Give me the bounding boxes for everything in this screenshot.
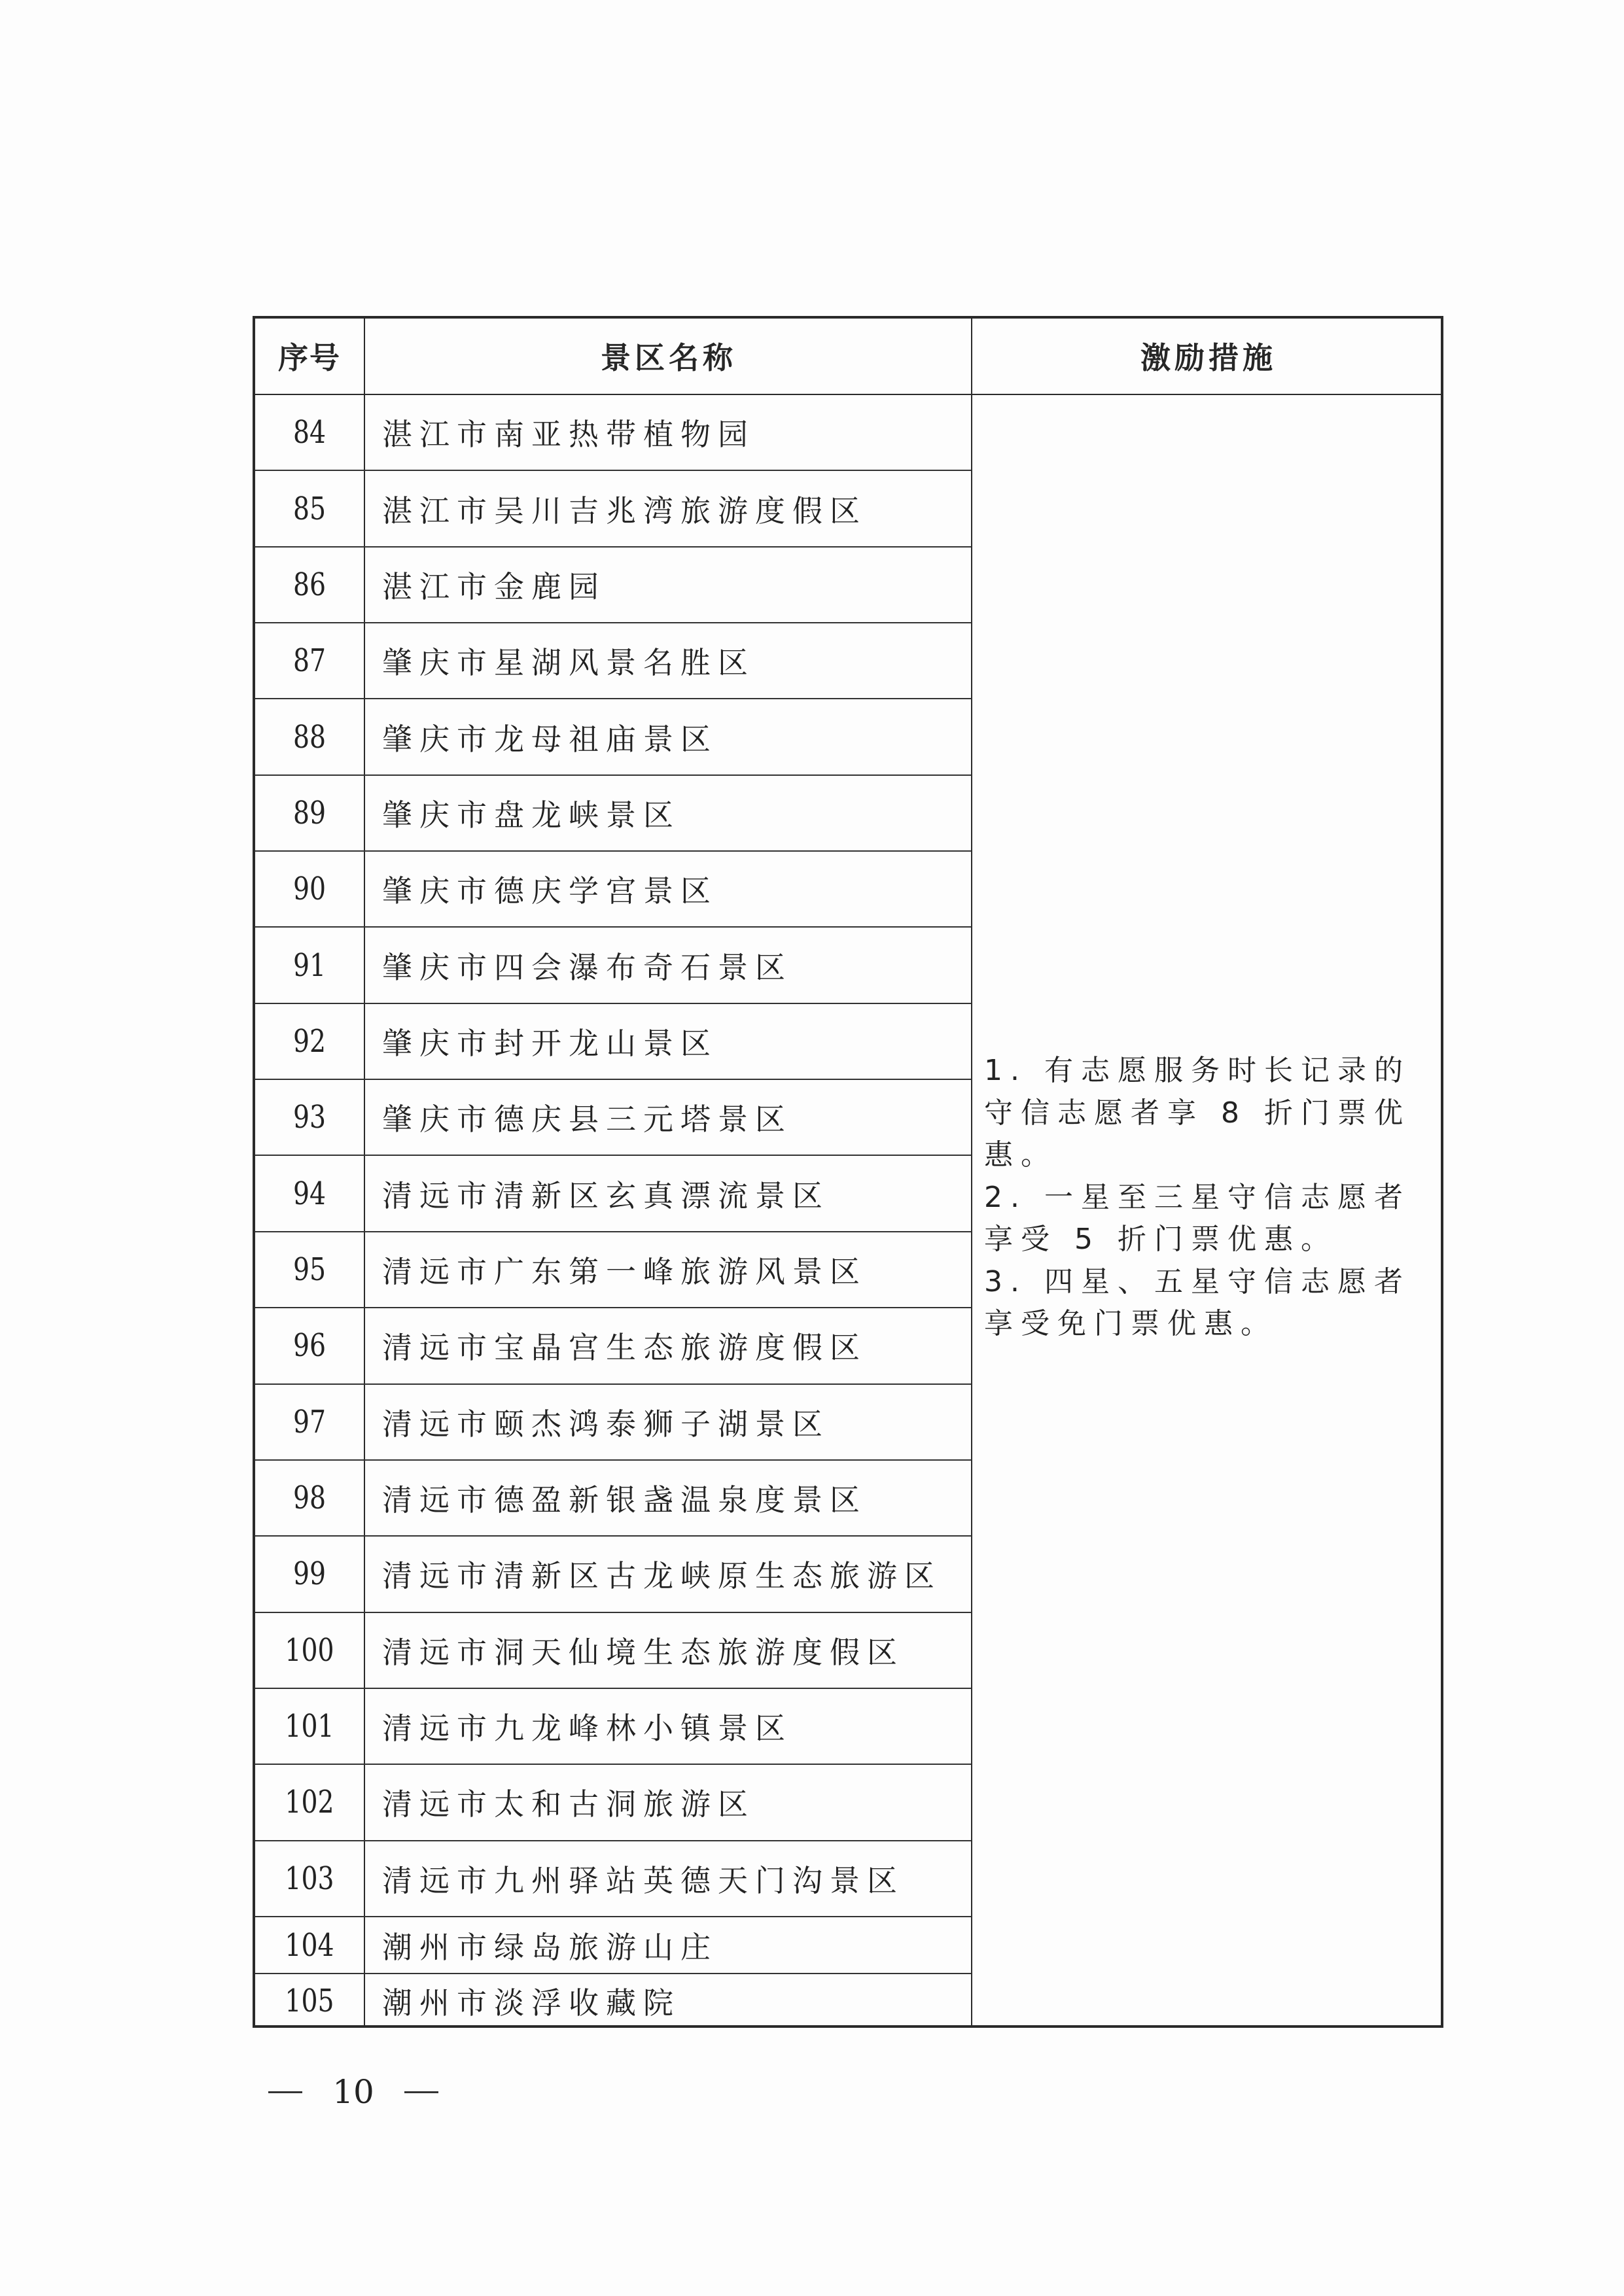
incentive-line: 惠。 (984, 1134, 1436, 1177)
table-row: 86湛江市金鹿园 (255, 548, 971, 623)
header-scenic-area-name: 景区名称 (365, 319, 972, 392)
scenic-area-name: 清远市九州驿站英德天门沟景区 (382, 1841, 971, 1916)
scenic-area-name: 肇庆市德庆学宫景区 (382, 852, 971, 926)
scenic-area-name: 潮州市淡浮收藏院 (382, 1974, 971, 2028)
table-row: 94清远市清新区玄真漂流景区 (255, 1157, 971, 1232)
row-number: 101 (265, 1689, 354, 1764)
scenic-area-name: 清远市九龙峰林小镇景区 (382, 1689, 971, 1764)
scenic-area-name: 清远市清新区玄真漂流景区 (382, 1157, 971, 1231)
incentive-line: 2. 一星至三星守信志愿者 (984, 1177, 1436, 1219)
scenic-area-incentive-table: 序号 景区名称 激励措施 84湛江市南亚热带植物园 85湛江市吴川吉兆湾旅游度假… (253, 316, 1443, 2028)
row-number: 102 (265, 1765, 354, 1839)
table-row: 104潮州市绿岛旅游山庄 (255, 1917, 971, 1974)
scenic-area-name: 清远市颐杰鸿泰狮子湖景区 (382, 1385, 971, 1459)
table-row: 84湛江市南亚热带植物园 (255, 395, 971, 471)
table-row: 90肇庆市德庆学宫景区 (255, 852, 971, 928)
row-number: 100 (265, 1613, 354, 1688)
row-number: 96 (265, 1308, 354, 1383)
column-divider (971, 319, 972, 2025)
row-number: 84 (265, 395, 354, 470)
table-row: 99清远市清新区古龙峡原生态旅游区 (255, 1537, 971, 1612)
scenic-area-name: 肇庆市封开龙山景区 (382, 1004, 971, 1079)
row-number: 95 (265, 1232, 354, 1307)
table-row: 102清远市太和古洞旅游区 (255, 1765, 971, 1841)
incentive-line: 守信志愿者享 8 折门票优 (984, 1092, 1436, 1135)
table-row: 96清远市宝晶宫生态旅游度假区 (255, 1308, 971, 1384)
table-row: 91肇庆市四会瀑布奇石景区 (255, 928, 971, 1003)
row-number: 87 (265, 623, 354, 698)
table-row: 93肇庆市德庆县三元塔景区 (255, 1080, 971, 1156)
table-row: 87肇庆市星湖风景名胜区 (255, 623, 971, 699)
row-number: 94 (265, 1157, 354, 1231)
incentive-measures-text: 1. 有志愿服务时长记录的 守信志愿者享 8 折门票优 惠。 2. 一星至三星守… (984, 1050, 1436, 1346)
row-number: 105 (265, 1974, 354, 2028)
scenic-area-name: 湛江市南亚热带植物园 (382, 395, 971, 470)
scenic-area-name: 清远市洞天仙境生态旅游度假区 (382, 1613, 971, 1688)
row-number: 103 (265, 1841, 354, 1916)
page-number: 10 (268, 2072, 438, 2112)
incentive-line: 享受免门票优惠。 (984, 1303, 1436, 1346)
scenic-area-name: 清远市太和古洞旅游区 (382, 1765, 971, 1839)
table-row: 101清远市九龙峰林小镇景区 (255, 1689, 971, 1765)
table-row: 97清远市颐杰鸿泰狮子湖景区 (255, 1385, 971, 1461)
scenic-area-name: 肇庆市龙母祖庙景区 (382, 699, 971, 774)
table-header-row: 序号 景区名称 激励措施 (255, 319, 1441, 395)
row-number: 85 (265, 471, 354, 546)
document-page: 序号 景区名称 激励措施 84湛江市南亚热带植物园 85湛江市吴川吉兆湾旅游度假… (0, 0, 1624, 2296)
table-row: 103清远市九州驿站英德天门沟景区 (255, 1841, 971, 1917)
row-number: 98 (265, 1461, 354, 1535)
incentive-line: 享受 5 折门票优惠。 (984, 1219, 1436, 1261)
row-number: 86 (265, 548, 354, 622)
incentive-line: 1. 有志愿服务时长记录的 (984, 1050, 1436, 1092)
table-row: 89肇庆市盘龙峡景区 (255, 776, 971, 852)
scenic-area-name: 湛江市吴川吉兆湾旅游度假区 (382, 471, 971, 546)
table-row: 95清远市广东第一峰旅游风景区 (255, 1232, 971, 1308)
scenic-area-name: 肇庆市盘龙峡景区 (382, 776, 971, 850)
table-row: 105潮州市淡浮收藏院 (255, 1974, 971, 2028)
table-row: 100清远市洞天仙境生态旅游度假区 (255, 1613, 971, 1689)
table-row: 88肇庆市龙母祖庙景区 (255, 699, 971, 775)
page-number-value: 10 (332, 2073, 374, 2111)
scenic-area-name: 湛江市金鹿园 (382, 548, 971, 622)
header-serial-number: 序号 (255, 319, 364, 392)
table-row: 98清远市德盈新银盏温泉度景区 (255, 1461, 971, 1537)
scenic-area-name: 肇庆市四会瀑布奇石景区 (382, 928, 971, 1002)
row-number: 97 (265, 1385, 354, 1459)
scenic-area-name: 清远市德盈新银盏温泉度景区 (382, 1461, 971, 1535)
row-number: 91 (265, 928, 354, 1002)
row-number: 93 (265, 1080, 354, 1155)
row-number: 89 (265, 776, 354, 850)
header-incentive-measures: 激励措施 (974, 319, 1443, 392)
dash-left (268, 2091, 302, 2093)
dash-right (404, 2091, 438, 2093)
row-number: 92 (265, 1004, 354, 1079)
scenic-area-name: 清远市清新区古龙峡原生态旅游区 (382, 1537, 971, 1611)
row-number: 90 (265, 852, 354, 926)
scenic-area-name: 潮州市绿岛旅游山庄 (382, 1917, 971, 1973)
table-row: 85湛江市吴川吉兆湾旅游度假区 (255, 471, 971, 547)
scenic-area-name: 肇庆市星湖风景名胜区 (382, 623, 971, 698)
scenic-area-name: 清远市广东第一峰旅游风景区 (382, 1232, 971, 1307)
scenic-area-name: 清远市宝晶宫生态旅游度假区 (382, 1308, 971, 1383)
row-number: 104 (265, 1917, 354, 1973)
row-number: 88 (265, 699, 354, 774)
row-number: 99 (265, 1537, 354, 1611)
incentive-line: 3. 四星、五星守信志愿者 (984, 1261, 1436, 1304)
scenic-area-name: 肇庆市德庆县三元塔景区 (382, 1080, 971, 1155)
table-row: 92肇庆市封开龙山景区 (255, 1004, 971, 1080)
